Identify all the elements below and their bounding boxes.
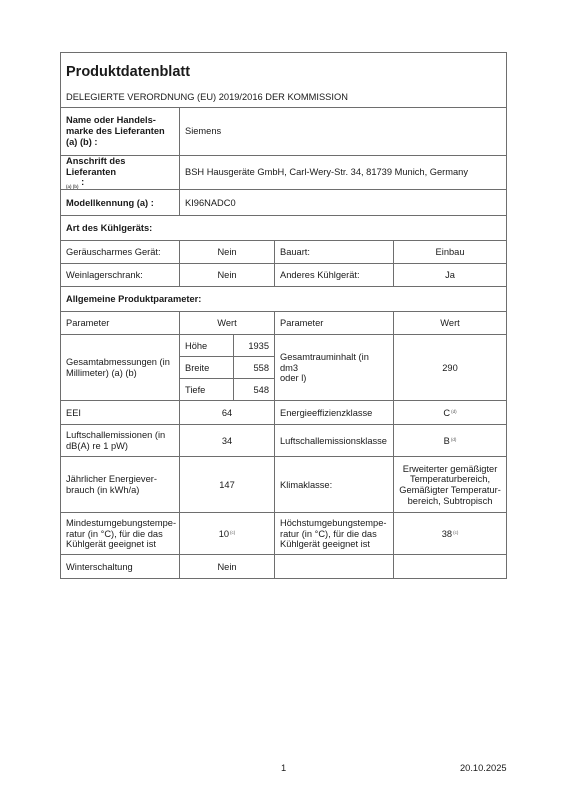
annual-energy-value: 147 bbox=[180, 457, 275, 513]
eei-value: 64 bbox=[180, 401, 275, 425]
supplier-name-value: Siemens bbox=[180, 108, 507, 156]
dimension-name: Tiefe bbox=[180, 379, 234, 401]
regulation-subtitle: DELEGIERTE VERORDNUNG (EU) 2019/2016 DER… bbox=[61, 87, 507, 108]
dimension-name: Breite bbox=[180, 357, 234, 379]
col-header-value: Wert bbox=[394, 312, 507, 335]
address-footnote-ref: (a) (b) bbox=[66, 184, 79, 189]
footnote-ref: (d) bbox=[451, 437, 457, 442]
row-value: Ja bbox=[394, 264, 507, 287]
model-id-value: KI96NADC0 bbox=[180, 190, 507, 216]
col-header-value: Wert bbox=[180, 312, 275, 335]
page-number: 1 bbox=[281, 763, 286, 773]
table-row: Winterschaltung Nein bbox=[61, 555, 507, 579]
dimension-value: 1935 bbox=[234, 335, 275, 357]
noise-class-label: Luftschallemissionsklasse bbox=[275, 425, 394, 457]
table-row: Mindestumgebungstempe- ratur (in °C), fü… bbox=[61, 513, 507, 555]
dimension-value: 558 bbox=[234, 357, 275, 379]
energy-class-value: C(d) bbox=[394, 401, 507, 425]
footnote-ref: (c) bbox=[453, 530, 458, 535]
noise-class-value: B(d) bbox=[394, 425, 507, 457]
empty-cell bbox=[275, 555, 394, 579]
row-label: Anderes Kühlgerät: bbox=[275, 264, 394, 287]
col-header-parameter: Parameter bbox=[275, 312, 394, 335]
footnote-ref: (d) bbox=[451, 409, 457, 414]
dimension-name: Höhe bbox=[180, 335, 234, 357]
page-title: Produktdatenblatt bbox=[61, 53, 507, 88]
dimension-value: 548 bbox=[234, 379, 275, 401]
row-value: Nein bbox=[180, 264, 275, 287]
supplier-address-label: Anschrift des Lieferanten (a) (b) : bbox=[61, 156, 180, 190]
dimensions-label: Gesamtabmessungen (in Millimeter) (a) (b… bbox=[61, 335, 180, 401]
winter-value: Nein bbox=[180, 555, 275, 579]
annual-energy-label: Jährlicher Energiever- brauch (in kWh/a) bbox=[61, 457, 180, 513]
col-header-parameter: Parameter bbox=[61, 312, 180, 335]
table-row: Luftschallemissionen (in dB(A) re 1 pW) … bbox=[61, 425, 507, 457]
row-value: Einbau bbox=[394, 241, 507, 264]
volume-label: Gesamtrauminhalt (in dm3 oder l) bbox=[275, 335, 394, 401]
min-temp-value: 10(c) bbox=[180, 513, 275, 555]
noise-label: Luftschallemissionen (in dB(A) re 1 pW) bbox=[61, 425, 180, 457]
row-label: Bauart: bbox=[275, 241, 394, 264]
supplier-address-value: BSH Hausgeräte GmbH, Carl-Wery-Str. 34, … bbox=[180, 156, 507, 190]
max-temp-value: 38(c) bbox=[394, 513, 507, 555]
table-row: Weinlagerschrank: Nein Anderes Kühlgerät… bbox=[61, 264, 507, 287]
climate-class-label: Klimaklasse: bbox=[275, 457, 394, 513]
row-label: Weinlagerschrank: bbox=[61, 264, 180, 287]
appliance-type-heading: Art des Kühlgeräts: bbox=[61, 216, 507, 241]
winter-label: Winterschaltung bbox=[61, 555, 180, 579]
table-row: EEI 64 Energieeffizienzklasse C(d) bbox=[61, 401, 507, 425]
climate-class-value: Erweiterter gemäßigter Temperaturbereich… bbox=[394, 457, 507, 513]
empty-cell bbox=[394, 555, 507, 579]
table-row: Gesamtabmessungen (in Millimeter) (a) (b… bbox=[61, 335, 507, 357]
volume-value: 290 bbox=[394, 335, 507, 401]
column-header-row: Parameter Wert Parameter Wert bbox=[61, 312, 507, 335]
general-params-heading: Allgemeine Produktparameter: bbox=[61, 287, 507, 312]
row-label: Geräuscharmes Gerät: bbox=[61, 241, 180, 264]
energy-class-label: Energieeffizienzklasse bbox=[275, 401, 394, 425]
table-row: Geräuscharmes Gerät: Nein Bauart: Einbau bbox=[61, 241, 507, 264]
eei-label: EEI bbox=[61, 401, 180, 425]
supplier-name-label: Name oder Handels- marke des Lieferanten… bbox=[61, 108, 180, 156]
min-temp-label: Mindestumgebungstempe- ratur (in °C), fü… bbox=[61, 513, 180, 555]
table-row: Jährlicher Energiever- brauch (in kWh/a)… bbox=[61, 457, 507, 513]
product-data-sheet-table: Produktdatenblatt DELEGIERTE VERORDNUNG … bbox=[60, 52, 507, 579]
noise-value: 34 bbox=[180, 425, 275, 457]
footnote-ref: (c) bbox=[230, 530, 235, 535]
footer-date: 20.10.2025 bbox=[460, 763, 507, 773]
model-id-label: Modellkennung (a) : bbox=[61, 190, 180, 216]
max-temp-label: Höchstumgebungstempe- ratur (in °C), für… bbox=[275, 513, 394, 555]
row-value: Nein bbox=[180, 241, 275, 264]
